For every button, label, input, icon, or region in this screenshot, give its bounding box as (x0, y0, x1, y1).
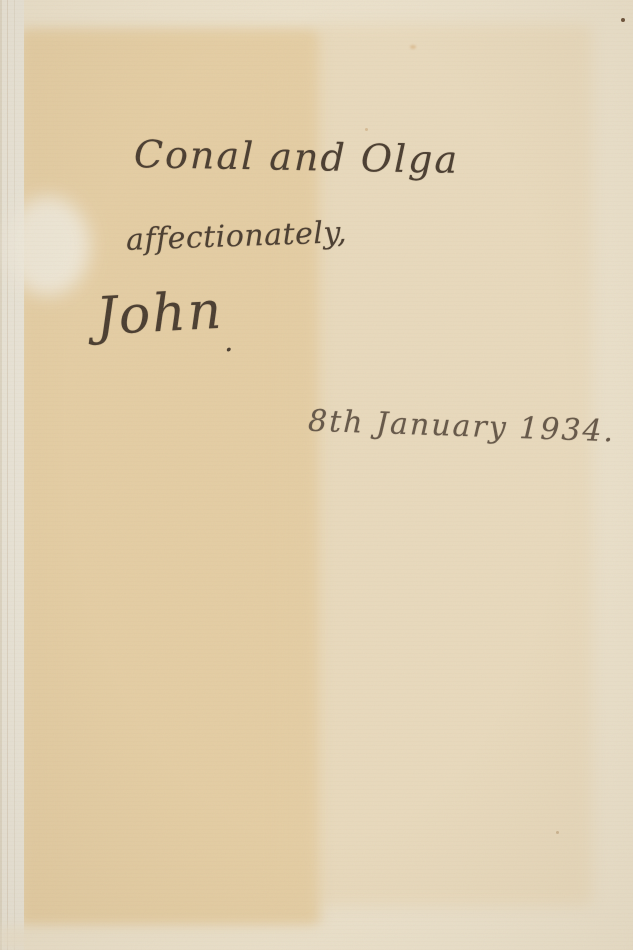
inscription-valediction: affectionately, (126, 218, 348, 256)
inscription-signature: John (95, 285, 225, 344)
paper-grain-texture (0, 0, 633, 950)
faint-speck (365, 128, 368, 131)
paper-toning-right (316, 24, 592, 906)
tiny-speck (556, 831, 559, 834)
inscription-date: 8th January 1934. (308, 407, 616, 448)
book-endpaper-photo: Conal and Olga affectionately, John . 8t… (0, 0, 633, 950)
paper-light-blotch (6, 196, 90, 296)
paper-toning-left (18, 28, 320, 930)
stain-speck (410, 45, 416, 49)
paper-toning-left-core (34, 60, 294, 890)
photo-vignette (0, 0, 633, 950)
inscription-recipients: Conal and Olga (134, 135, 460, 179)
foxing-speck (621, 18, 625, 22)
ink-dot: . (224, 340, 228, 344)
page-gutter-edge (0, 0, 24, 950)
gutter-crease-line (14, 0, 15, 950)
paper-light-bottom-band (0, 926, 633, 950)
gutter-crease-line (7, 0, 8, 950)
